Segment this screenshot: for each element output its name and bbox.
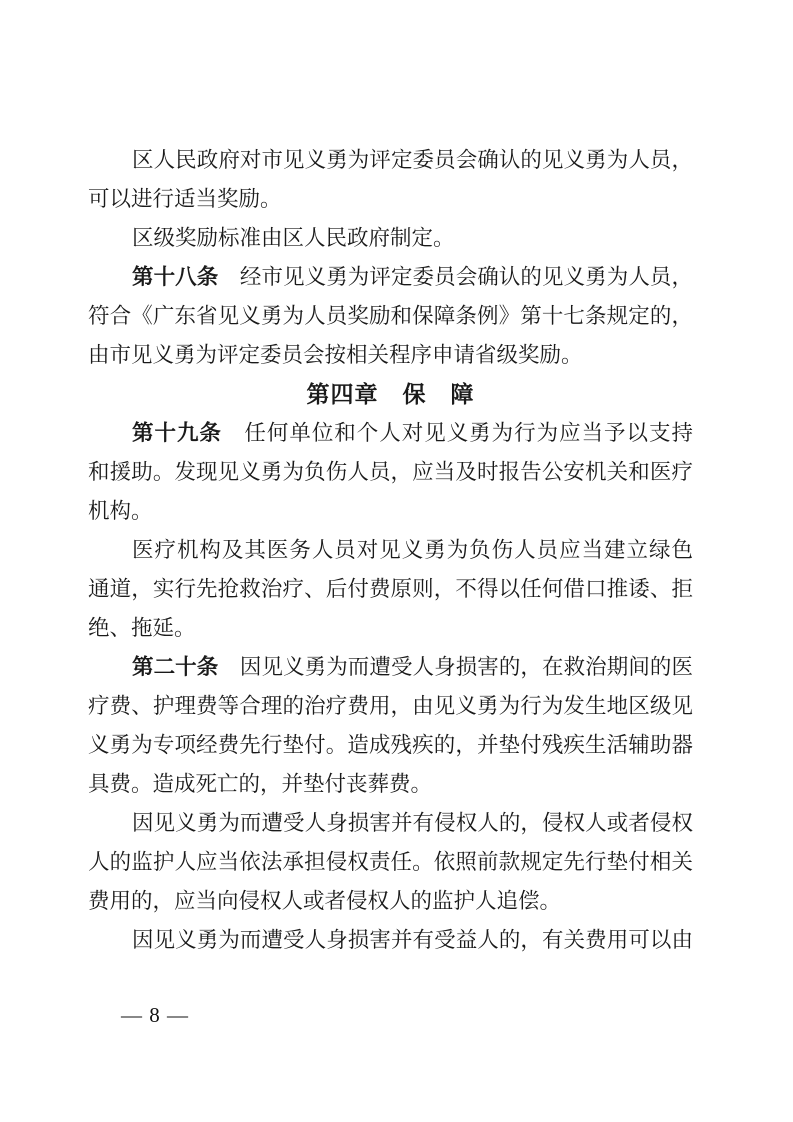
line-text: 由市见义勇为评定委员会按相关程序申请省级奖励。 (88, 343, 583, 367)
line-text: 因见义勇为而遭受人身损害并有侵权人的，侵权人或者侵权 (132, 811, 693, 835)
line-text: 具费。造成死亡的，并垫付丧葬费。 (88, 772, 432, 796)
article-number: 第十八条 (132, 265, 218, 289)
line-text: 疗费、护理费等合理的治疗费用，由见义勇为行为发生地区级见 (88, 694, 693, 718)
line-text: 义勇为专项经费先行垫付。造成残疾的，并垫付残疾生活辅助器 (88, 733, 693, 757)
document-body: 区人民政府对市见义勇为评定委员会确认的见义勇为人员， 可以进行适当奖励。 区级奖… (88, 141, 693, 960)
text-line: 人的监护人应当依法承担侵权责任。依照前款规定先行垫付相关 (88, 843, 693, 882)
line-text: 符合《广东省见义勇为人员奖励和保障条例》第十七条规定的， (88, 304, 693, 328)
text-line: 通道，实行先抢救治疗、后付费原则，不得以任何借口推诿、拒 (88, 570, 693, 609)
line-text: 人的监护人应当依法承担侵权责任。依照前款规定先行垫付相关 (88, 850, 693, 874)
text-line: 因见义勇为而遭受人身损害并有受益人的，有关费用可以由 (88, 921, 693, 960)
text-line: 符合《广东省见义勇为人员奖励和保障条例》第十七条规定的， (88, 297, 693, 336)
page-number: — 8 — (121, 1002, 189, 1028)
text-line: 机构。 (88, 492, 693, 531)
text-line: 具费。造成死亡的，并垫付丧葬费。 (88, 765, 693, 804)
line-text: 绝、拖延。 (88, 616, 196, 640)
chapter-heading: 第四章 保 障 (88, 375, 693, 414)
line-text: 经市见义勇为评定委员会确认的见义勇为人员， (218, 265, 693, 289)
line-text: 和援助。发现见义勇为负伤人员，应当及时报告公安机关和医疗 (88, 460, 693, 484)
line-text: 因见义勇为而遭受人身损害并有受益人的，有关费用可以由 (132, 928, 693, 952)
text-line: 第二十条 因见义勇为而遭受人身损害的，在救治期间的医 (88, 648, 693, 687)
text-line: 义勇为专项经费先行垫付。造成残疾的，并垫付残疾生活辅助器 (88, 726, 693, 765)
text-line: 费用的，应当向侵权人或者侵权人的监护人追偿。 (88, 882, 693, 921)
document-page: 区人民政府对市见义勇为评定委员会确认的见义勇为人员， 可以进行适当奖励。 区级奖… (0, 0, 793, 1122)
text-line: 和援助。发现见义勇为负伤人员，应当及时报告公安机关和医疗 (88, 453, 693, 492)
text-line: 区级奖励标准由区人民政府制定。 (88, 219, 693, 258)
text-line: 医疗机构及其医务人员对见义勇为负伤人员应当建立绿色 (88, 531, 693, 570)
text-line: 疗费、护理费等合理的治疗费用，由见义勇为行为发生地区级见 (88, 687, 693, 726)
line-text: 因见义勇为而遭受人身损害的，在救治期间的医 (218, 655, 693, 679)
line-text: 机构。 (88, 499, 153, 523)
text-line: 第十九条 任何单位和个人对见义勇为行为应当予以支持 (88, 414, 693, 453)
text-line: 由市见义勇为评定委员会按相关程序申请省级奖励。 (88, 336, 693, 375)
text-line: 可以进行适当奖励。 (88, 180, 693, 219)
line-text: 区人民政府对市见义勇为评定委员会确认的见义勇为人员， (132, 148, 693, 172)
text-line: 第十八条 经市见义勇为评定委员会确认的见义勇为人员， (88, 258, 693, 297)
line-text: 可以进行适当奖励。 (88, 187, 282, 211)
text-line: 绝、拖延。 (88, 609, 693, 648)
text-line: 因见义勇为而遭受人身损害并有侵权人的，侵权人或者侵权 (88, 804, 693, 843)
line-text: 通道，实行先抢救治疗、后付费原则，不得以任何借口推诿、拒 (88, 577, 693, 601)
line-text: 医疗机构及其医务人员对见义勇为负伤人员应当建立绿色 (132, 538, 693, 562)
text-line: 区人民政府对市见义勇为评定委员会确认的见义勇为人员， (88, 141, 693, 180)
line-text: 费用的，应当向侵权人或者侵权人的监护人追偿。 (88, 889, 561, 913)
line-text: 任何单位和个人对见义勇为行为应当予以支持 (222, 421, 693, 445)
article-number: 第二十条 (132, 655, 218, 679)
article-number: 第十九条 (132, 421, 222, 445)
line-text: 区级奖励标准由区人民政府制定。 (132, 226, 455, 250)
